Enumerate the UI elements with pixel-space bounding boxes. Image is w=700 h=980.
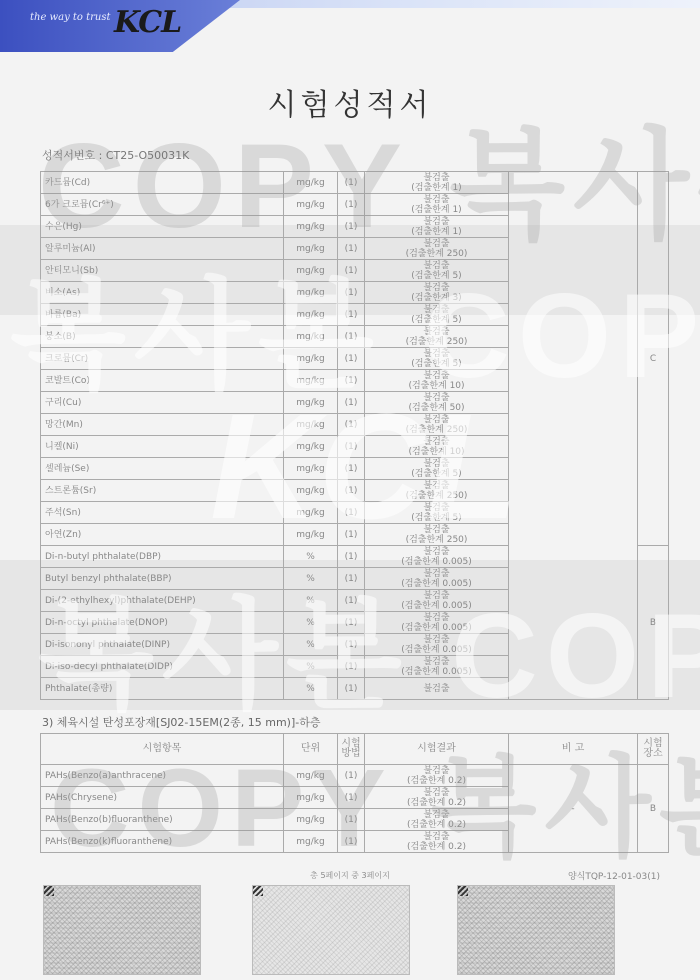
test-result: 불검출(검출한계 0.005) — [365, 590, 509, 612]
header-item: 시험항목 — [41, 734, 284, 765]
detection-limit: (검출한계 250) — [365, 535, 508, 545]
test-item: Di-iso-decyl phthalate(DIDP) — [41, 656, 284, 678]
unit: mg/kg — [284, 831, 338, 853]
test-result: 불검출(검출한계 1) — [365, 216, 509, 238]
remark — [509, 172, 638, 700]
test-place: B — [638, 765, 669, 853]
test-method: (1) — [338, 480, 365, 502]
test-method: (1) — [338, 216, 365, 238]
unit: mg/kg — [284, 436, 338, 458]
test-method: (1) — [338, 304, 365, 326]
test-item: 코발트(Co) — [41, 370, 284, 392]
unit: mg/kg — [284, 348, 338, 370]
result-value: 불검출 — [365, 503, 508, 513]
certificate-number: 성적서번호 : CT25-O50031K — [42, 147, 189, 163]
test-method: (1) — [338, 458, 365, 480]
test-result: 불검출(검출한계 50) — [365, 392, 509, 414]
result-value: 불검출 — [365, 613, 508, 623]
test-result: 불검출(검출한계 0.005) — [365, 634, 509, 656]
detection-limit: (검출한계 250) — [365, 249, 508, 259]
test-method: (1) — [338, 678, 365, 700]
test-place: C — [638, 172, 669, 546]
header-method: 시험 방법 — [338, 734, 365, 765]
detection-limit: (검출한계 5) — [365, 359, 508, 369]
test-result: 불검출(검출한계 1) — [365, 172, 509, 194]
detection-limit: (검출한계 5) — [365, 315, 508, 325]
test-item: 구리(Cu) — [41, 392, 284, 414]
header-remark: 비 고 — [509, 734, 638, 765]
test-item: PAHs(Chrysene) — [41, 787, 284, 809]
test-item: 알루미늄(Al) — [41, 238, 284, 260]
test-result: 불검출(검출한계 0.2) — [365, 787, 509, 809]
unit: mg/kg — [284, 260, 338, 282]
header-place: 시험 장소 — [638, 734, 669, 765]
test-result: 불검출(검출한계 10) — [365, 370, 509, 392]
detection-limit: (검출한계 3) — [365, 293, 508, 303]
section-title: 3) 체육시설 탄성포장재[SJ02-15EM(2종, 15 mm)]-하층 — [42, 714, 320, 730]
header-unit: 단위 — [284, 734, 338, 765]
test-result: 불검출(검출한계 5) — [365, 348, 509, 370]
result-value: 불검출 — [365, 481, 508, 491]
unit: % — [284, 656, 338, 678]
certificate-number-label: 성적서번호 : — [42, 149, 102, 162]
test-item: 니켈(Ni) — [41, 436, 284, 458]
test-item: 스트론튬(Sr) — [41, 480, 284, 502]
detection-limit: (검출한계 0.005) — [365, 623, 508, 633]
detection-limit: (검출한계 10) — [365, 381, 508, 391]
unit: % — [284, 612, 338, 634]
test-method: (1) — [338, 524, 365, 546]
unit: mg/kg — [284, 216, 338, 238]
test-method: (1) — [338, 326, 365, 348]
table-row: 카드뮴(Cd)mg/kg(1)불검출(검출한계 1)C — [41, 172, 669, 194]
test-method: (1) — [338, 787, 365, 809]
result-value: 불검출 — [365, 832, 508, 842]
result-value: 불검출 — [365, 173, 508, 183]
test-method: (1) — [338, 370, 365, 392]
test-result: 불검출(검출한계 3) — [365, 282, 509, 304]
detection-limit: (검출한계 0.005) — [365, 579, 508, 589]
kcl-logo: KCL — [114, 5, 181, 40]
test-result: 불검출(검출한계 1) — [365, 194, 509, 216]
test-item: Di-n-butyl phthalate(DBP) — [41, 546, 284, 568]
test-method: (1) — [338, 260, 365, 282]
header-result: 시험결과 — [365, 734, 509, 765]
test-method: (1) — [338, 765, 365, 787]
unit: mg/kg — [284, 458, 338, 480]
detection-limit: (검출한계 0.2) — [365, 798, 508, 808]
detection-limit: (검출한계 50) — [365, 403, 508, 413]
unit: mg/kg — [284, 480, 338, 502]
unit: mg/kg — [284, 326, 338, 348]
security-pattern — [252, 885, 410, 975]
detection-limit: (검출한계 5) — [365, 513, 508, 523]
unit: mg/kg — [284, 502, 338, 524]
test-method: (1) — [338, 546, 365, 568]
test-method: (1) — [338, 502, 365, 524]
detection-limit: (검출한계 0.2) — [365, 820, 508, 830]
unit: mg/kg — [284, 238, 338, 260]
test-item: 6가 크로뮴(Cr⁶⁺) — [41, 194, 284, 216]
table-row: PAHs(Benzo(a)anthracene)mg/kg(1)불검출(검출한계… — [41, 765, 669, 787]
test-result: 불검출(검출한계 0.005) — [365, 546, 509, 568]
test-result: 불검출(검출한계 5) — [365, 260, 509, 282]
test-method: (1) — [338, 282, 365, 304]
table-header-row: 시험항목 단위 시험 방법 시험결과 비 고 시험 장소 — [41, 734, 669, 765]
unit: mg/kg — [284, 787, 338, 809]
test-item: Butyl benzyl phthalate(BBP) — [41, 568, 284, 590]
result-value: 불검출 — [365, 349, 508, 359]
corner-mark-icon — [458, 886, 468, 896]
test-item: Di-isononyl phthalate(DINP) — [41, 634, 284, 656]
test-method: (1) — [338, 436, 365, 458]
test-result: 불검출(검출한계 0.2) — [365, 831, 509, 853]
security-pattern — [457, 885, 615, 975]
result-value: 불검출 — [365, 239, 508, 249]
test-item: PAHs(Benzo(b)fluoranthene) — [41, 809, 284, 831]
test-method: (1) — [338, 831, 365, 853]
unit: % — [284, 568, 338, 590]
detection-limit: (검출한계 250) — [365, 337, 508, 347]
test-result: 불검출(검출한계 250) — [365, 414, 509, 436]
result-value: 불검출 — [365, 261, 508, 271]
test-method: (1) — [338, 612, 365, 634]
unit: % — [284, 678, 338, 700]
test-item: PAHs(Benzo(a)anthracene) — [41, 765, 284, 787]
detection-limit: (검출한계 0.2) — [365, 776, 508, 786]
detection-limit: (검출한계 250) — [365, 491, 508, 501]
test-result: 불검출 — [365, 678, 509, 700]
test-item: PAHs(Benzo(k)fluoranthene) — [41, 831, 284, 853]
unit: mg/kg — [284, 370, 338, 392]
certificate-number-value: CT25-O50031K — [106, 149, 190, 162]
test-item: 주석(Sn) — [41, 502, 284, 524]
result-value: 불검출 — [365, 766, 508, 776]
unit: mg/kg — [284, 392, 338, 414]
test-result: 불검출(검출한계 250) — [365, 524, 509, 546]
test-method: (1) — [338, 590, 365, 612]
detection-limit: (검출한계 250) — [365, 425, 508, 435]
detection-limit: (검출한계 5) — [365, 469, 508, 479]
unit: % — [284, 634, 338, 656]
test-result: 불검출(검출한계 0.2) — [365, 765, 509, 787]
detection-limit: (검출한계 1) — [365, 227, 508, 237]
test-item: 아연(Zn) — [41, 524, 284, 546]
result-value: 불검출 — [365, 547, 508, 557]
unit: mg/kg — [284, 524, 338, 546]
test-result: 불검출(검출한계 250) — [365, 326, 509, 348]
test-method: (1) — [338, 172, 365, 194]
security-pattern — [43, 885, 201, 975]
test-item: 셀레늄(Se) — [41, 458, 284, 480]
test-result: 불검출(검출한계 0.2) — [365, 809, 509, 831]
result-value: 불검출 — [365, 525, 508, 535]
test-item: 수은(Hg) — [41, 216, 284, 238]
tagline: the way to trust — [30, 12, 111, 23]
detection-limit: (검출한계 0.2) — [365, 842, 508, 852]
unit: mg/kg — [284, 194, 338, 216]
detection-limit: (검출한계 0.005) — [365, 557, 508, 567]
corner-mark-icon — [253, 886, 263, 896]
corner-mark-icon — [44, 886, 54, 896]
result-value: 불검출 — [365, 305, 508, 315]
test-method: (1) — [338, 414, 365, 436]
test-result: 불검출(검출한계 0.005) — [365, 612, 509, 634]
result-value: 불검출 — [365, 437, 508, 447]
test-item: Di-(2-ethylhexyl)phthalate(DEHP) — [41, 590, 284, 612]
test-item: 망간(Mn) — [41, 414, 284, 436]
test-item: Phthalate(총량) — [41, 678, 284, 700]
unit: % — [284, 590, 338, 612]
result-value: 불검출 — [365, 371, 508, 381]
unit: mg/kg — [284, 765, 338, 787]
test-result: 불검출(검출한계 0.005) — [365, 568, 509, 590]
test-result: 불검출(검출한계 250) — [365, 238, 509, 260]
result-value: 불검출 — [365, 591, 508, 601]
unit: mg/kg — [284, 304, 338, 326]
test-place: B — [638, 546, 669, 700]
unit: mg/kg — [284, 414, 338, 436]
test-method: (1) — [338, 392, 365, 414]
result-value: 불검출 — [365, 788, 508, 798]
result-value: 불검출 — [365, 327, 508, 337]
test-result: 불검출(검출한계 5) — [365, 502, 509, 524]
test-result: 불검출(검출한계 5) — [365, 458, 509, 480]
remark: - — [509, 765, 638, 853]
test-method: (1) — [338, 194, 365, 216]
detection-limit: (검출한계 0.005) — [365, 667, 508, 677]
test-item: 붕소(B) — [41, 326, 284, 348]
unit: mg/kg — [284, 809, 338, 831]
result-value: 불검출 — [365, 459, 508, 469]
form-code: 양식TQP-12-01-03(1) — [568, 869, 660, 882]
result-value: 불검출 — [365, 810, 508, 820]
test-item: 비소(As) — [41, 282, 284, 304]
test-item: 안티모니(Sb) — [41, 260, 284, 282]
result-value: 불검출 — [365, 657, 508, 667]
unit: mg/kg — [284, 282, 338, 304]
test-method: (1) — [338, 568, 365, 590]
detection-limit: (검출한계 10) — [365, 447, 508, 457]
test-method: (1) — [338, 809, 365, 831]
result-value: 불검출 — [365, 635, 508, 645]
result-value: 불검출 — [365, 195, 508, 205]
test-method: (1) — [338, 348, 365, 370]
test-method: (1) — [338, 656, 365, 678]
result-value: 불검출 — [365, 217, 508, 227]
test-result: 불검출(검출한계 250) — [365, 480, 509, 502]
result-value: 불검출 — [365, 569, 508, 579]
test-method: (1) — [338, 238, 365, 260]
document-title: 시험성적서 — [0, 80, 700, 124]
test-result: 불검출(검출한계 5) — [365, 304, 509, 326]
result-value: 불검출 — [365, 393, 508, 403]
test-result: 불검출(검출한계 10) — [365, 436, 509, 458]
result-value: 불검출 — [365, 283, 508, 293]
test-item: 크로뮴(Cr) — [41, 348, 284, 370]
test-results-table: 카드뮴(Cd)mg/kg(1)불검출(검출한계 1)C6가 크로뮴(Cr⁶⁺)m… — [40, 171, 669, 700]
unit: % — [284, 546, 338, 568]
test-item: 카드뮴(Cd) — [41, 172, 284, 194]
detection-limit: (검출한계 1) — [365, 205, 508, 215]
detection-limit: (검출한계 0.005) — [365, 645, 508, 655]
detection-limit: (검출한계 1) — [365, 183, 508, 193]
test-item: 바륨(Ba) — [41, 304, 284, 326]
test-item: Di-n-octyl phthalate(DNOP) — [41, 612, 284, 634]
test-method: (1) — [338, 634, 365, 656]
detection-limit: (검출한계 5) — [365, 271, 508, 281]
unit: mg/kg — [284, 172, 338, 194]
test-result: 불검출(검출한계 0.005) — [365, 656, 509, 678]
result-value: 불검출 — [365, 684, 508, 694]
detection-limit: (검출한계 0.005) — [365, 601, 508, 611]
result-value: 불검출 — [365, 415, 508, 425]
pahs-results-table: 시험항목 단위 시험 방법 시험결과 비 고 시험 장소 PAHs(Benzo(… — [40, 733, 669, 853]
